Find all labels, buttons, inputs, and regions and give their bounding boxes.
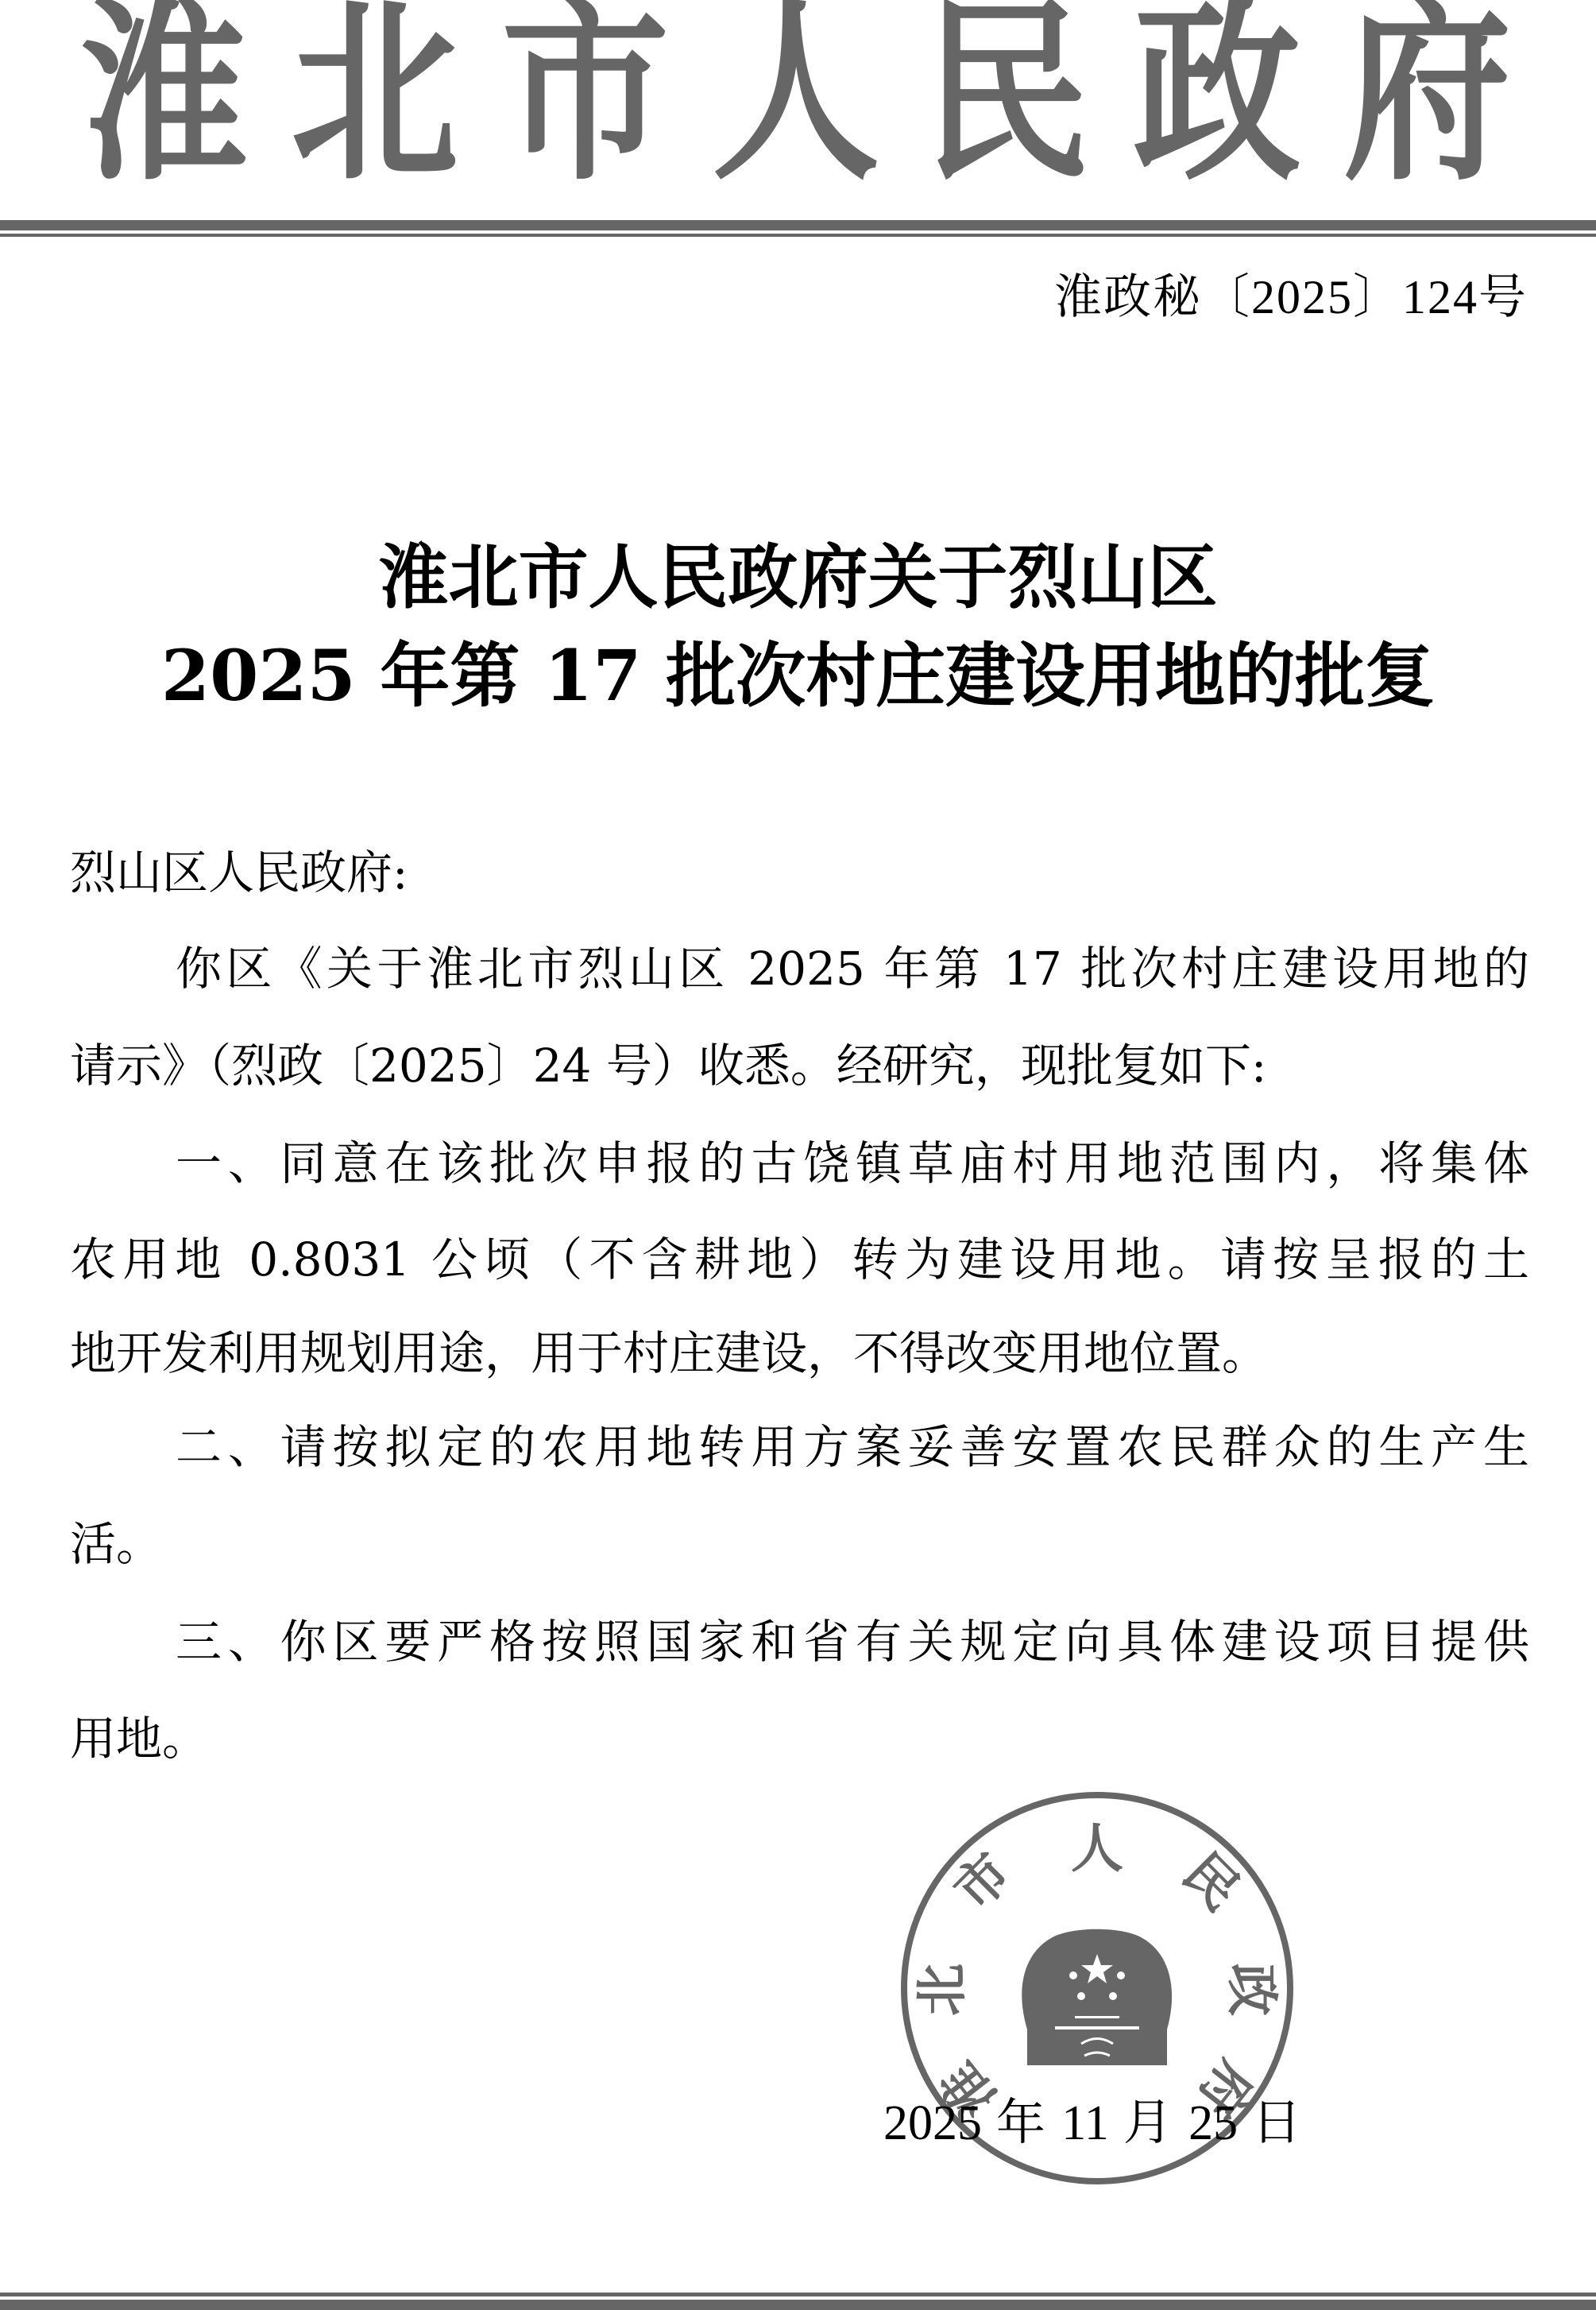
masthead-char: 政 [1133, 0, 1273, 195]
body-line: 请示》（烈政〔2025〕24 号）收悉。经研究，现批复如下: [70, 1034, 1529, 1097]
masthead-char: 府 [1343, 0, 1484, 195]
body-line: 农用地 0.8031 公顷（不含耕地）转为建设用地。请按呈报的土 [70, 1228, 1529, 1291]
document-number: 淮政秘〔2025〕124号 [1054, 267, 1528, 327]
body-line: 一、同意在该批次申报的古饶镇草庙村用地范围内，将集体 [176, 1132, 1529, 1195]
seal-char: 人 [1071, 1817, 1123, 1879]
header-thick-rule [0, 220, 1596, 230]
document-title-line-1: 淮北市人民政府关于烈山区 [0, 537, 1596, 617]
seal-char: 政 [1221, 1964, 1283, 2016]
salutation: 烈山区人民政府: [70, 841, 1529, 904]
body-line: 地开发利用规划用途，用于村庄建设，不得改变用地位置。 [70, 1321, 1529, 1385]
body-line: 二、请按拟定的农用地转用方案妥善安置农民群众的生产生 [176, 1415, 1529, 1479]
signature-date: 2025 年 11 月 25 日 [883, 2091, 1301, 2155]
masthead-char: 淮 [80, 0, 221, 195]
masthead: 淮 北 市 人 民 政 府 [0, 0, 1596, 207]
body-line: 用地。 [70, 1707, 1529, 1770]
seal-char: 民 [1171, 1841, 1252, 1922]
body-line: 活。 [70, 1512, 1529, 1576]
national-emblem-icon [1022, 1929, 1172, 2065]
seal-char: 北 [910, 1964, 972, 2016]
footer-thick-rule [0, 2300, 1596, 2310]
body-line: 你区《关于淮北市烈山区 2025 年第 17 批次村庄建设用地的 [176, 937, 1529, 1000]
document-title-line-2: 2025 年第 17 批次村庄建设用地的批复 [0, 636, 1596, 715]
masthead-char: 人 [712, 0, 852, 195]
body-line: 三、你区要严格按照国家和省有关规定向具体建设项目提供 [176, 1610, 1529, 1673]
header-thin-rule [0, 234, 1596, 237]
footer-thin-rule [0, 2293, 1596, 2296]
seal-char: 市 [942, 1841, 1023, 1922]
masthead-char: 民 [922, 0, 1063, 195]
masthead-char: 市 [501, 0, 642, 195]
masthead-char: 北 [291, 0, 431, 195]
